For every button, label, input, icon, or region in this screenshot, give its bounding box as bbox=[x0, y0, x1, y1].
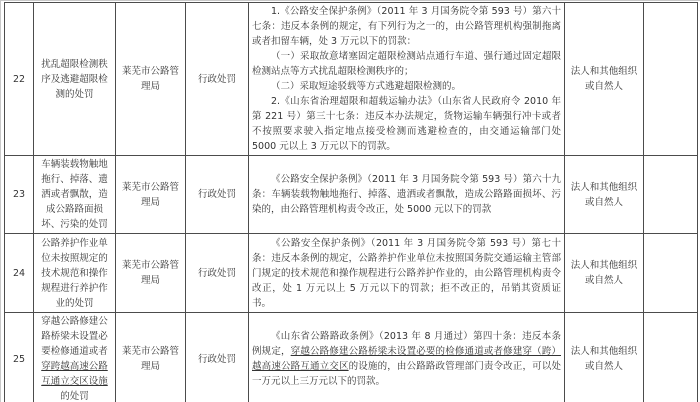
agency-cell: 莱芜市公路管理局 bbox=[116, 156, 186, 234]
subject-cell: 法人和其他组织或自然人 bbox=[565, 313, 644, 402]
legal-paragraph: 1.《公路安全保护条例》（2011 年 3 月国务院令第 593 号）第六十七条… bbox=[252, 4, 561, 49]
table-row: 23 车辆装载物触地拖行、掉落、遗洒或者飘散，造成公路路面损坏、污染的处罚 莱芜… bbox=[5, 156, 698, 234]
legal-paragraph: （一）采取故意堵塞固定超限检测站点通行车道、强行通过固定超限检测站点等方式扰乱超… bbox=[252, 49, 561, 79]
legal-paragraph: 2.《山东省治理超限和超载运输办法》（山东省人民政府令 2010 年第 221 … bbox=[252, 94, 561, 154]
remark-cell bbox=[644, 313, 698, 402]
agency-cell: 莱芜市公路管理局 bbox=[116, 3, 186, 156]
legal-basis-cell: 《公路安全保护条例》（2011 年 3 月国务院令第 593 号）第六十九条：车… bbox=[249, 156, 565, 234]
item-underlined-text: 穿跨越高速公路互通立交区设施 bbox=[41, 361, 108, 387]
subject-cell: 法人和其他组织或自然人 bbox=[565, 3, 644, 156]
penalty-type-cell: 行政处罚 bbox=[186, 3, 249, 156]
table-row: 24 公路养护作业单位未按照规定的技术规范和操作规程进行养护作业的处罚 莱芜市公… bbox=[5, 234, 698, 313]
penalty-type-cell: 行政处罚 bbox=[186, 313, 249, 402]
row-number-cell: 25 bbox=[5, 313, 34, 402]
item-name-cell: 穿越公路修建公路桥梁未设置必要检修通道或者穿跨越高速公路互通立交区设施的处罚 bbox=[34, 313, 116, 402]
screen-edge-top-line bbox=[0, 0, 700, 1]
remark-cell bbox=[644, 3, 698, 156]
row-number-cell: 24 bbox=[5, 234, 34, 313]
table-row: 22 扰乱超限检测秩序及逃避超限检测的处罚 莱芜市公路管理局 行政处罚 1.《公… bbox=[5, 3, 698, 156]
item-name-cell: 公路养护作业单位未按照规定的技术规范和操作规程进行养护作业的处罚 bbox=[34, 234, 116, 313]
agency-cell: 莱芜市公路管理局 bbox=[116, 234, 186, 313]
legal-basis-cell: 《公路安全保护条例》（2011 年 3 月国务院令第 593 号）第七十条：违反… bbox=[249, 234, 565, 313]
row-number-cell: 22 bbox=[5, 3, 34, 156]
item-name-cell: 扰乱超限检测秩序及逃避超限检测的处罚 bbox=[34, 3, 116, 156]
row-number-cell: 23 bbox=[5, 156, 34, 234]
subject-cell: 法人和其他组织或自然人 bbox=[565, 156, 644, 234]
item-text: 的处罚 bbox=[60, 391, 89, 402]
penalty-type-cell: 行政处罚 bbox=[186, 234, 249, 313]
item-text: 穿越公路修建公路桥梁未设置必要检修通道或者 bbox=[41, 316, 108, 357]
screen-edge-left-line bbox=[0, 0, 1, 402]
agency-cell: 莱芜市公路管理局 bbox=[116, 313, 186, 402]
legal-basis-cell: 1.《公路安全保护条例》（2011 年 3 月国务院令第 593 号）第六十七条… bbox=[249, 3, 565, 156]
subject-cell: 法人和其他组织或自然人 bbox=[565, 234, 644, 313]
legal-paragraph: （二）采取短途驳载等方式逃避超限检测的。 bbox=[252, 79, 561, 94]
item-name-cell: 车辆装载物触地拖行、掉落、遗洒或者飘散，造成公路路面损坏、污染的处罚 bbox=[34, 156, 116, 234]
table-row: 25 穿越公路修建公路桥梁未设置必要检修通道或者穿跨越高速公路互通立交区设施的处… bbox=[5, 313, 698, 402]
legal-paragraph: 《公路安全保护条例》（2011 年 3 月国务院令第 593 号）第六十九条：车… bbox=[252, 172, 561, 217]
remark-cell bbox=[644, 156, 698, 234]
legal-paragraph: 《公路安全保护条例》（2011 年 3 月国务院令第 593 号）第七十条：违反… bbox=[252, 236, 561, 311]
penalty-type-cell: 行政处罚 bbox=[186, 156, 249, 234]
legal-paragraph: 《山东省公路路政条例》（2013 年 8 月通过）第四十条：违反本条例规定，穿越… bbox=[252, 329, 561, 389]
legal-basis-cell: 《山东省公路路政条例》（2013 年 8 月通过）第四十条：违反本条例规定，穿越… bbox=[249, 313, 565, 402]
remark-cell bbox=[644, 234, 698, 313]
penalty-table: 22 扰乱超限检测秩序及逃避超限检测的处罚 莱芜市公路管理局 行政处罚 1.《公… bbox=[4, 2, 698, 402]
